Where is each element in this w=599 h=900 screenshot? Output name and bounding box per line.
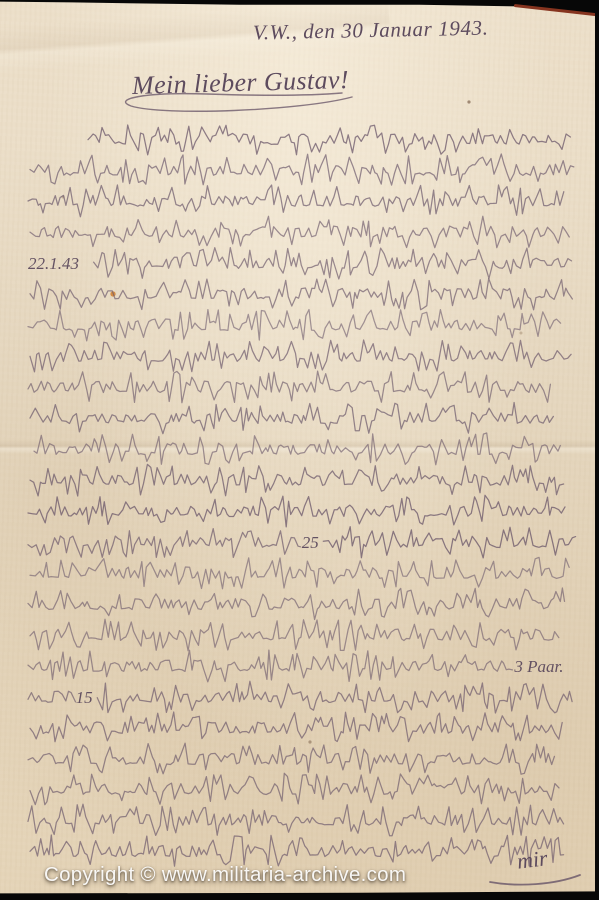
scanned-letter-photo: 22.1.43253 Paar.15 V.W., den 30 Januar 1… bbox=[0, 0, 599, 900]
letter-salutation: Mein lieber Gustav! bbox=[132, 65, 350, 101]
scan-background-edge-right bbox=[595, 0, 599, 900]
paper-fold-crease bbox=[0, 440, 599, 454]
letter-closing-word: mir bbox=[516, 845, 550, 875]
copyright-watermark: Copyright © www.militaria-archive.com bbox=[44, 863, 406, 887]
letter-dateline: V.W., den 30 Januar 1943. bbox=[253, 16, 489, 46]
